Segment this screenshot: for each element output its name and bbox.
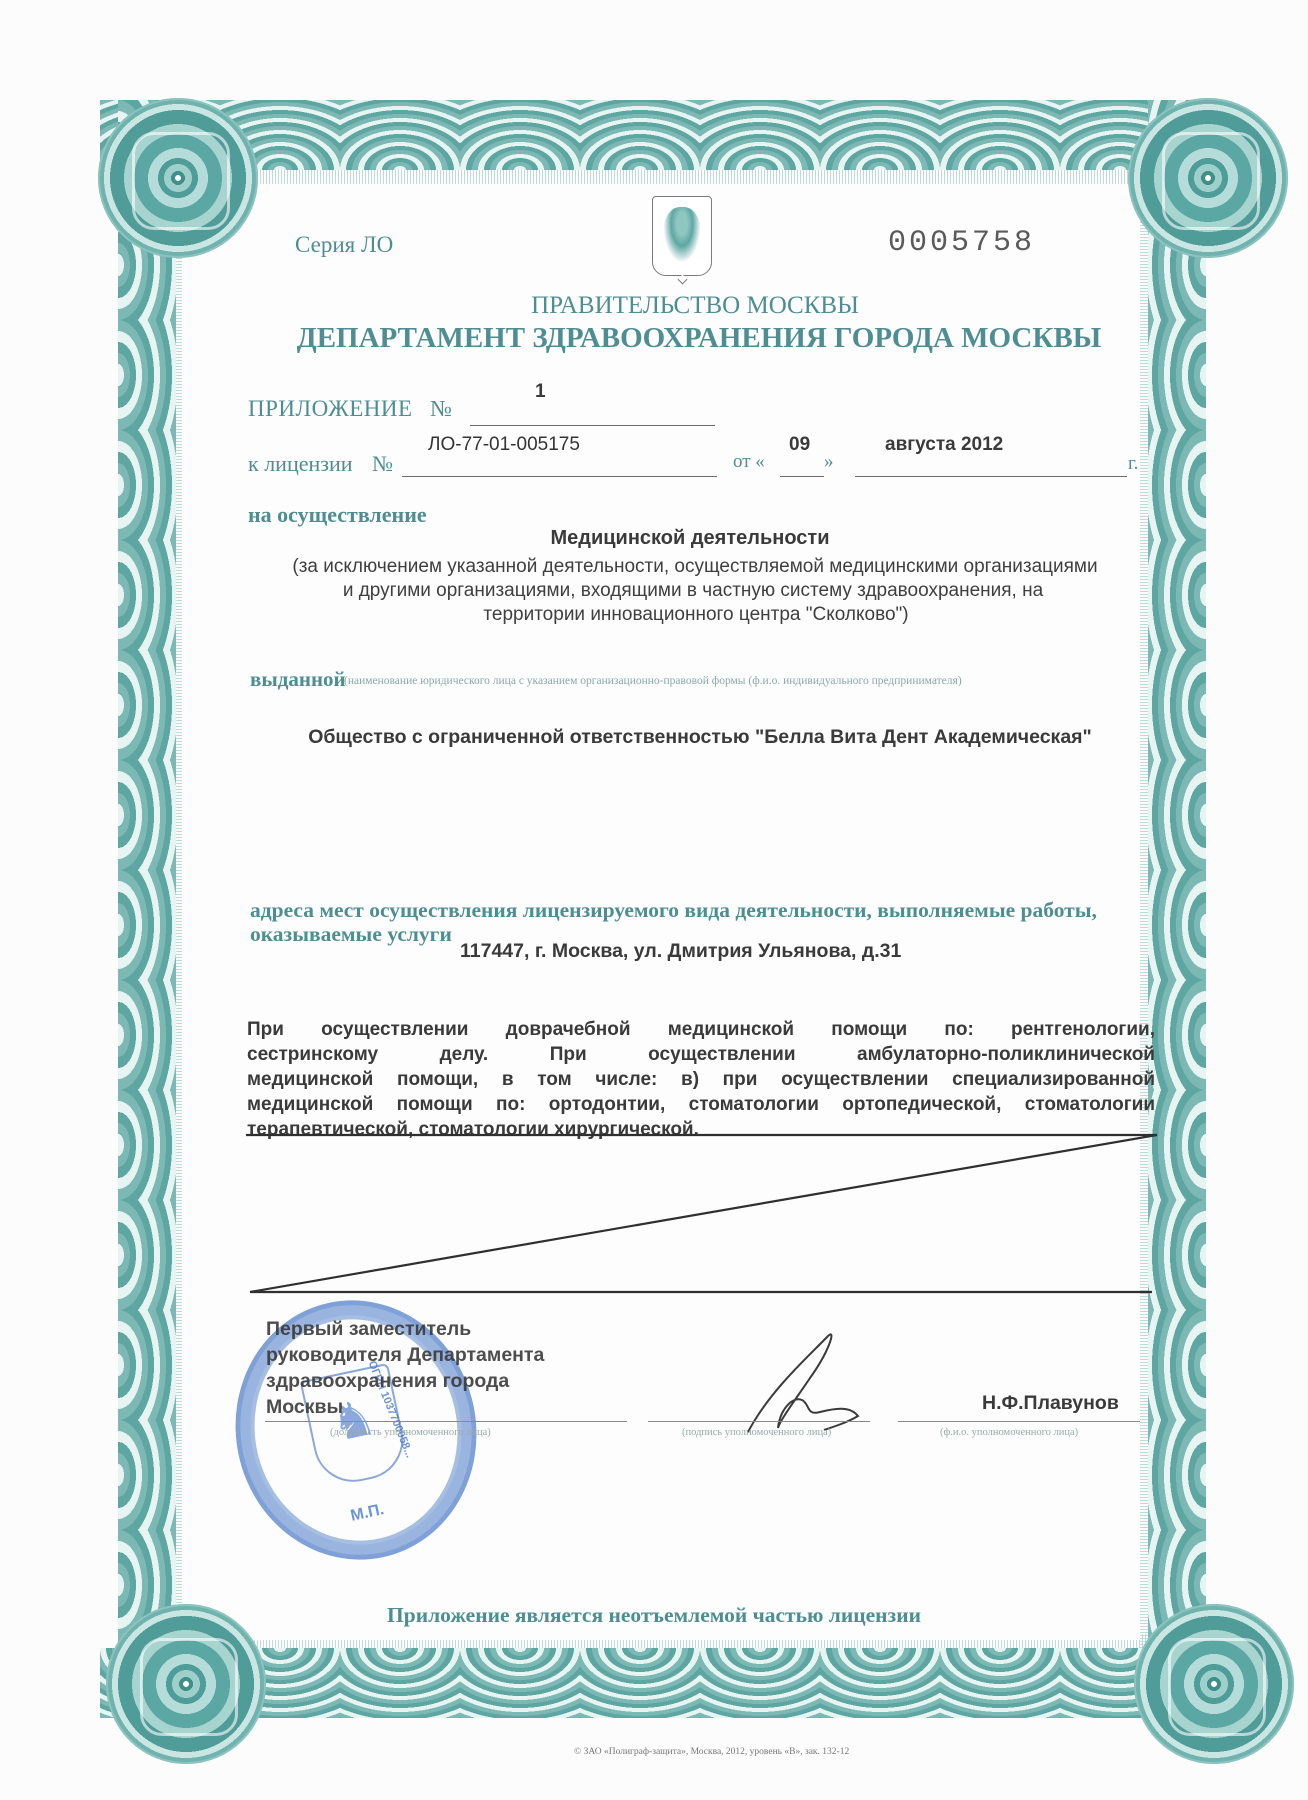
appendix-number-line — [470, 425, 715, 426]
activity-description-line-2: и другими организациями, входящими в час… — [0, 580, 1308, 602]
rosette-top-left-icon — [98, 98, 258, 258]
addresses-label-line-2: оказываемые услуги — [250, 922, 452, 947]
address-value: 117447, г. Москва, ул. Дмитрия Ульянова,… — [460, 940, 901, 963]
addresses-label-line-1: адреса мест осуществления лицензируемого… — [250, 898, 1097, 923]
rosette-bottom-left-icon — [106, 1604, 266, 1764]
services-line-1: При осуществлении доврачебной медицинско… — [247, 1017, 1155, 1042]
position-hint: (должность уполномоченного лица) — [330, 1427, 491, 1438]
license-from-close: » — [824, 451, 834, 473]
signatory-position-line-1: Первый заместитель — [266, 1316, 544, 1342]
issued-to-label: выданной — [250, 667, 346, 692]
name-line — [898, 1421, 1140, 1422]
activity-title: Медицинской деятельности — [0, 527, 1308, 550]
license-month-year-value: августа 2012 — [885, 434, 1003, 456]
border-top — [100, 100, 1200, 170]
activity-description-line-3: территории инновационного центра "Сколко… — [0, 604, 1308, 626]
services-line-4: медицинской помощи по: ортодонтии, стома… — [247, 1092, 1155, 1117]
signature-line — [648, 1421, 870, 1422]
activity-label: на осуществление — [248, 502, 427, 528]
license-year-suffix: г. — [1128, 453, 1138, 475]
license-month-line — [855, 476, 1127, 477]
license-day-line — [780, 476, 824, 477]
guilloche-right — [1140, 170, 1148, 1648]
signatory-position-line-3: здравоохранения города — [266, 1368, 544, 1394]
russian-coat-of-arms-icon — [652, 196, 712, 276]
footer-note: Приложение является неотъемлемой частью … — [0, 1603, 1308, 1628]
rosette-bottom-right-icon — [1134, 1604, 1294, 1764]
signature-hint: (подпись уполномоченного лица) — [682, 1427, 831, 1438]
activity-description-line-1: (за исключением указанной деятельности, … — [0, 556, 1308, 578]
services-line-3: медицинской помощи, в том числе: в) при … — [247, 1067, 1155, 1092]
license-number-sign: № — [372, 451, 393, 477]
government-title: ПРАВИТЕЛЬСТВО МОСКВЫ — [0, 292, 1308, 320]
license-number-value: ЛО-77-01-005175 — [428, 434, 580, 456]
license-label: к лицензии — [248, 451, 353, 477]
appendix-number-sign: № — [430, 396, 452, 422]
appendix-number-value: 1 — [535, 381, 546, 403]
appendix-label: ПРИЛОЖЕНИЕ — [248, 396, 413, 422]
print-credit: © ЗАО «Полиграф-защита», Москва, 2012, у… — [574, 1747, 849, 1757]
company-name: Общество с ограниченной ответственностью… — [0, 726, 1308, 749]
eagle-icon — [663, 207, 701, 263]
seal-mark: М.П. — [349, 1501, 386, 1526]
serial-number: 0005758 — [888, 226, 1035, 260]
license-from-label: от « — [733, 451, 765, 473]
series-label: Серия ЛО — [295, 232, 393, 258]
blank-space-z-mark — [240, 1126, 1170, 1301]
signatory-position: Первый заместитель руководителя Департам… — [266, 1316, 544, 1420]
position-line — [265, 1421, 627, 1422]
guilloche-top — [176, 170, 1148, 184]
signatory-position-line-2: руководителя Департамента — [266, 1342, 544, 1368]
license-day-value: 09 — [789, 434, 810, 456]
name-hint: (ф.и.о. уполномоченного лица) — [940, 1427, 1078, 1438]
signatory-name: Н.Ф.Плавунов — [982, 1392, 1119, 1415]
issued-to-hint: (наименование юридического лица с указан… — [344, 675, 962, 687]
services-line-2: сестринскому делу. При осуществлении амб… — [247, 1042, 1155, 1067]
signatory-position-line-4: Москвы — [266, 1394, 544, 1420]
license-number-line — [402, 476, 717, 477]
rosette-top-right-icon — [1128, 98, 1288, 258]
department-title: ДЕПАРТАМЕНТ ЗДРАВООХРАНЕНИЯ ГОРОДА МОСКВ… — [0, 322, 1308, 355]
handwritten-signature — [740, 1330, 890, 1440]
